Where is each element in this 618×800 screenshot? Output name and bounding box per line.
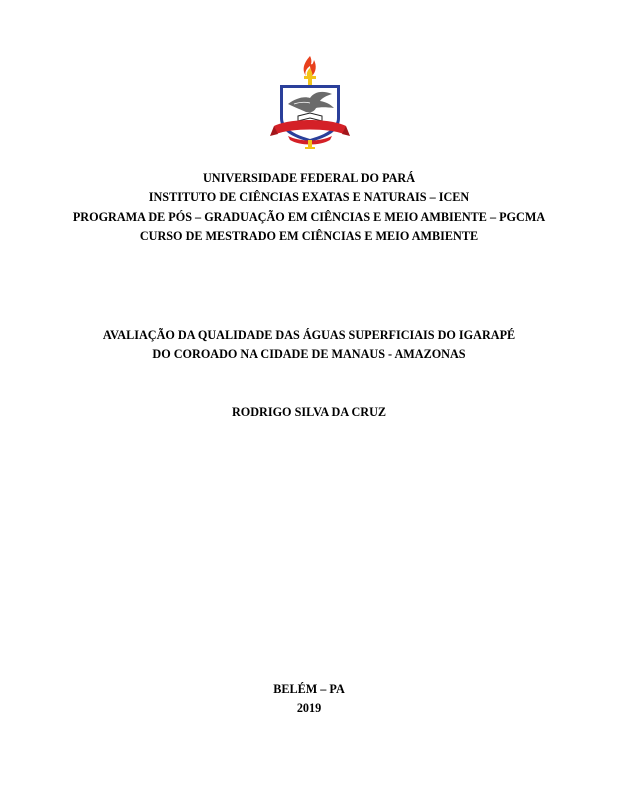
author-name: RODRIGO SILVA DA CRUZ bbox=[0, 405, 618, 420]
thesis-title-line-1: AVALIAÇÃO DA QUALIDADE DAS ÁGUAS SUPERFI… bbox=[0, 328, 618, 343]
place: BELÉM – PA bbox=[0, 682, 618, 697]
university-name: UNIVERSIDADE FEDERAL DO PARÁ bbox=[0, 171, 618, 186]
course-name: CURSO DE MESTRADO EM CIÊNCIAS E MEIO AMB… bbox=[0, 229, 618, 244]
program-name: PROGRAMA DE PÓS – GRADUAÇÃO EM CIÊNCIAS … bbox=[0, 210, 618, 225]
thesis-title-line-2: DO COROADO NA CIDADE DE MANAUS - AMAZONA… bbox=[0, 347, 618, 362]
institute-name: INSTITUTO DE CIÊNCIAS EXATAS E NATURAIS … bbox=[0, 190, 618, 205]
ufpa-crest-icon bbox=[270, 52, 350, 152]
year: 2019 bbox=[0, 701, 618, 716]
